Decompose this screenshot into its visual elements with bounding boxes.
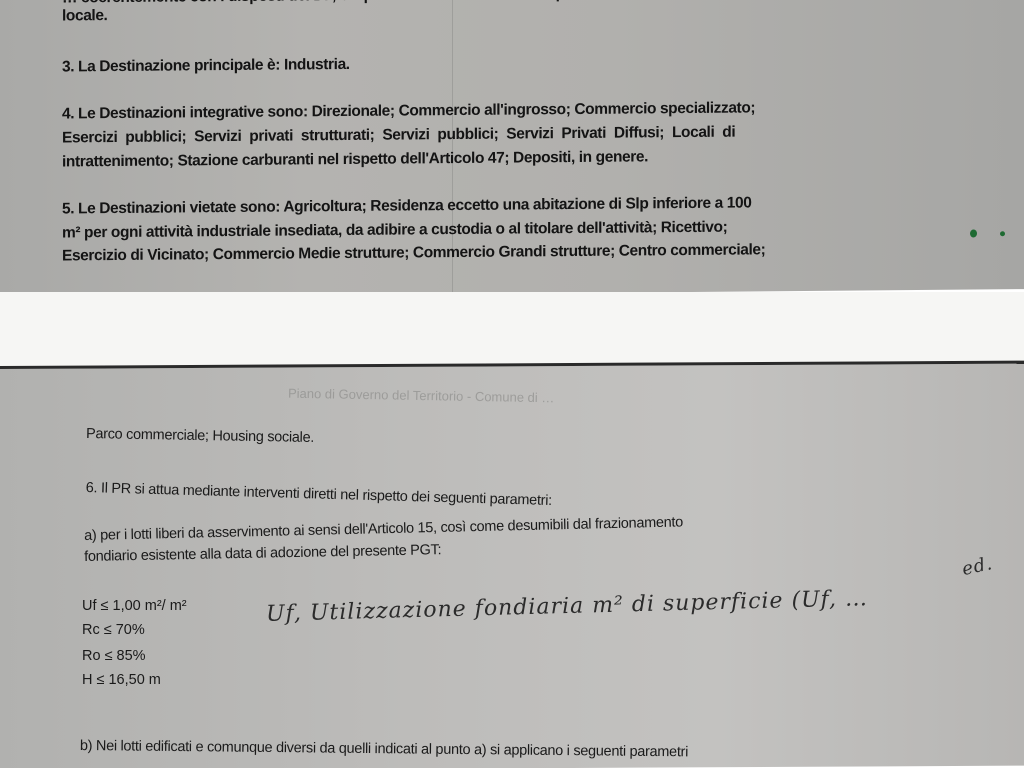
param-ro: Ro ≤ 85%	[82, 648, 146, 664]
item-4-line-2: Esercizi pubblici; Servizi privati strut…	[62, 124, 735, 148]
item-4-line-3: intrattenimento; Stazione carburanti nel…	[62, 148, 648, 171]
param-rc: Rc ≤ 70%	[82, 622, 145, 638]
green-pen-mark	[1000, 231, 1005, 236]
document-page-top: … coerentemente con i disposti del DP, e…	[0, 0, 1024, 298]
item-4-line-1: 4. Le Destinazioni integrative sono: Dir…	[62, 99, 755, 123]
param-h: H ≤ 16,50 m	[82, 672, 161, 688]
item-5-line-2: m² per ogni attività industriale insedia…	[62, 219, 727, 243]
cut-text-line: … coerentemente con i disposti del DP, e…	[62, 0, 628, 7]
item-5-line-3: Esercizio di Vicinato; Commercio Medie s…	[62, 241, 765, 265]
item-5-line-1: 5. Le Destinazioni vietate sono: Agricol…	[62, 194, 751, 218]
green-pen-mark	[970, 229, 977, 237]
document-page-bottom	[0, 361, 1024, 768]
text-locale: locale.	[62, 7, 107, 25]
param-uf: Uf ≤ 1,00 m²/ m²	[82, 598, 187, 614]
item-3-destinazione-principale: 3. La Destinazione principale è: Industr…	[62, 56, 350, 77]
